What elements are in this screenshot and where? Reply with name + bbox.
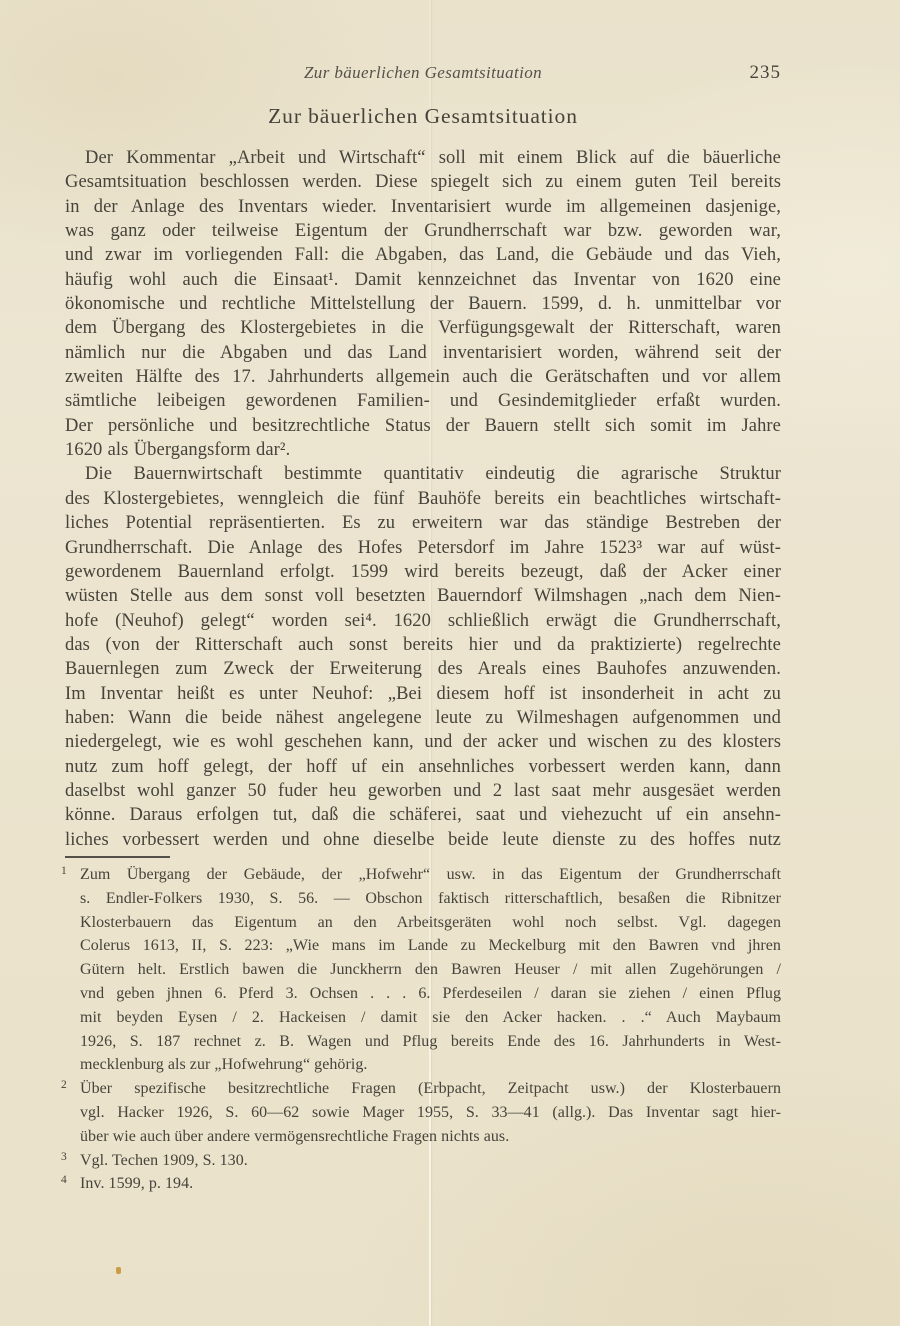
paragraph: Die Bauernwirtschaft bestimmte quantitat… xyxy=(65,462,781,852)
footnotes: 1Zum Übergang der Gebäude, der „Hofwehr“… xyxy=(65,863,781,1196)
footnote-line: Vgl. Techen 1909, S. 130. xyxy=(80,1149,781,1173)
footnote-line: 1926, S. 187 rechnet z. B. Wagen und Pfl… xyxy=(80,1030,781,1054)
running-head: Zur bäuerlichen Gesamtsituation 235 xyxy=(65,63,781,87)
footnote: 4Inv. 1599, p. 194. xyxy=(65,1172,781,1196)
text-line: Gesamtsituation beschlossen werden. Dies… xyxy=(65,170,781,194)
footnote-line: Gütern helt. Erstlich bawen die Junckher… xyxy=(80,958,781,982)
text-line: liches vorbessert werden und ohne diesel… xyxy=(65,828,781,852)
text-line: könne. Daraus erfolgen tut, daß die schä… xyxy=(65,803,781,827)
text-line: nutz zum hoff gelegt, der hoff uf ein an… xyxy=(65,755,781,779)
footnote-line: vnd geben jhnen 6. Pferd 3. Ochsen . . .… xyxy=(80,982,781,1006)
text-line: des Klostergebietes, wenngleich die fünf… xyxy=(65,487,781,511)
text-line: sämtliche leibeigen gewordenen Familien-… xyxy=(65,389,781,413)
text-line: daselbst wohl ganzer 50 fuder heu geworb… xyxy=(65,779,781,803)
section-title: Zur bäuerlichen Gesamtsituation xyxy=(65,104,781,129)
footnote-marker: 2 xyxy=(61,1079,67,1091)
footnote: 1Zum Übergang der Gebäude, der „Hofwehr“… xyxy=(65,863,781,1077)
text-line: das (von der Ritterschaft auch sonst ber… xyxy=(65,633,781,657)
footnote-marker: 1 xyxy=(61,865,67,877)
footnote-line: mecklenburg als zur „Hofwehrung“ gehörig… xyxy=(80,1053,781,1077)
text-line: Bauernlegen zum Zweck der Erweiterung de… xyxy=(65,657,781,681)
footnote-line: vgl. Hacker 1926, S. 60—62 sowie Mager 1… xyxy=(80,1101,781,1125)
footnote-line: Zum Übergang der Gebäude, der „Hofwehr“ … xyxy=(80,863,781,887)
text-line: häufig wohl auch die Einsaat¹. Damit ken… xyxy=(65,268,781,292)
text-line: Die Bauernwirtschaft bestimmte quantitat… xyxy=(65,462,781,486)
text-line: Im Inventar heißt es unter Neuhof: „Bei … xyxy=(65,682,781,706)
text-line: Grundherrschaft. Die Anlage des Hofes Pe… xyxy=(65,536,781,560)
paragraph: Der Kommentar „Arbeit und Wirtschaft“ so… xyxy=(65,146,781,462)
text-line: Der Kommentar „Arbeit und Wirtschaft“ so… xyxy=(65,146,781,170)
text-line: hofe (Neuhof) gelegt“ worden sei⁴. 1620 … xyxy=(65,609,781,633)
footnote-line: mit beyden Eysen / 2. Hackeisen / damit … xyxy=(80,1006,781,1030)
book-page: Zur bäuerlichen Gesamtsituation 235 Zur … xyxy=(0,0,900,1326)
text-line: nämlich nur die Abgaben und das Land inv… xyxy=(65,341,781,365)
paper-speck xyxy=(116,1267,121,1274)
footnote: 3Vgl. Techen 1909, S. 130. xyxy=(65,1149,781,1173)
page-number: 235 xyxy=(750,62,782,84)
footnote: 2Über spezifische besitzrechtliche Frage… xyxy=(65,1077,781,1148)
text-line: in der Anlage des Inventars wieder. Inve… xyxy=(65,195,781,219)
footnote-line: über wie auch über andere vermögensrecht… xyxy=(80,1125,781,1149)
footnote-line: Inv. 1599, p. 194. xyxy=(80,1172,781,1196)
footnote-divider xyxy=(65,856,170,858)
footnote-line: Klosterbauern das Eigentum an den Arbeit… xyxy=(80,911,781,935)
text-line: ökonomische und rechtliche Mittelstellun… xyxy=(65,292,781,316)
text-line: 1620 als Übergangsform dar². xyxy=(65,438,781,462)
text-line: was ganz oder teilweise Eigentum der Gru… xyxy=(65,219,781,243)
text-line: niedergelegt, wie es wohl geschehen kann… xyxy=(65,730,781,754)
footnote-marker: 3 xyxy=(61,1151,67,1163)
footnote-line: s. Endler-Folkers 1930, S. 56. — Obschon… xyxy=(80,887,781,911)
text-line: gewordenem Bauernland erfolgt. 1599 wird… xyxy=(65,560,781,584)
running-head-title: Zur bäuerlichen Gesamtsituation xyxy=(65,63,781,83)
footnote-line: Colerus 1613, II, S. 223: „Wie mans im L… xyxy=(80,934,781,958)
text-line: haben: Wann die beide nähest angelegene … xyxy=(65,706,781,730)
body-text: Der Kommentar „Arbeit und Wirtschaft“ so… xyxy=(65,146,781,852)
footnote-line: Über spezifische besitzrechtliche Fragen… xyxy=(80,1077,781,1101)
text-line: liches Potential repräsentierten. Es zu … xyxy=(65,511,781,535)
footnote-marker: 4 xyxy=(61,1174,67,1186)
text-line: Der persönliche und besitzrechtliche Sta… xyxy=(65,414,781,438)
text-line: dem Übergang des Klostergebietes in die … xyxy=(65,316,781,340)
text-line: zweiten Hälfte des 17. Jahrhunderts allg… xyxy=(65,365,781,389)
text-line: wüsten Stelle aus dem sonst voll besetzt… xyxy=(65,584,781,608)
text-line: und zwar im vorliegenden Fall: die Abgab… xyxy=(65,243,781,267)
